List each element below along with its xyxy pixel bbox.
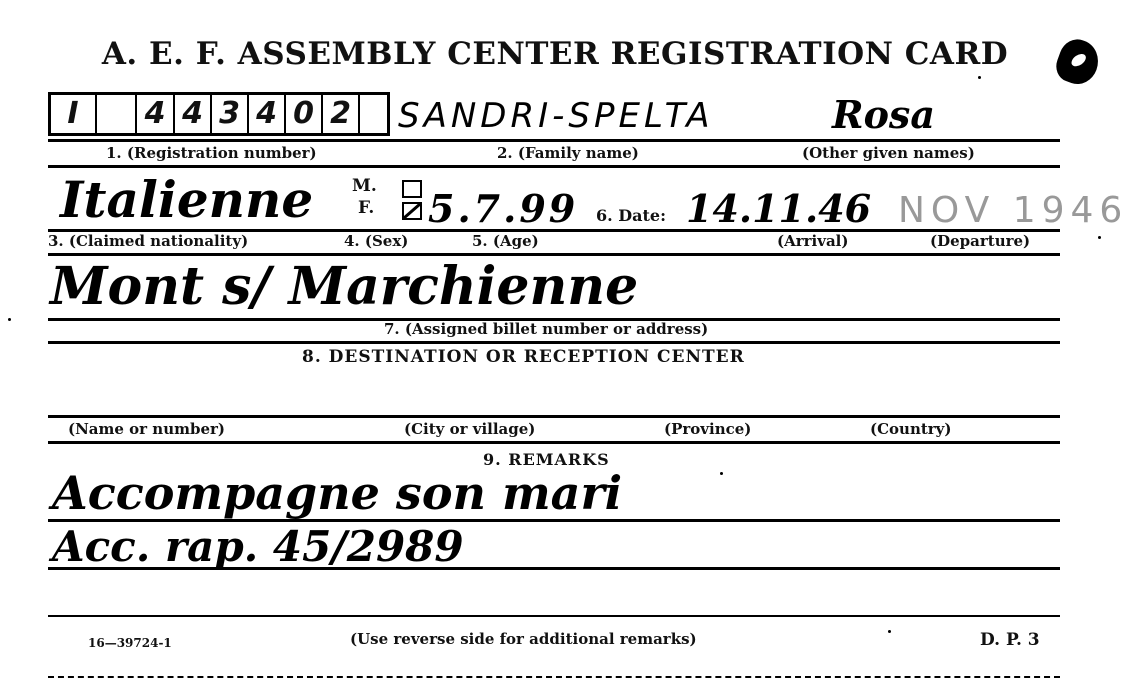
form-number: 16—39724-1 [88, 636, 172, 650]
sex-f-checkbox[interactable] [402, 202, 422, 220]
speck [888, 630, 891, 633]
reg-digit: 0 [286, 95, 323, 133]
reg-digit [97, 95, 137, 133]
reg-digit: 2 [323, 95, 360, 133]
destination-country-label: (Country) [870, 420, 952, 438]
reg-digit: I [51, 95, 97, 133]
sex-option-m-label: M. [352, 176, 377, 196]
sex-option-f-label: F. [358, 198, 374, 218]
destination-province-label: (Province) [664, 420, 751, 438]
registration-number-boxes: I 4 4 3 4 0 2 [48, 92, 390, 136]
nationality-value: Italienne [60, 170, 313, 229]
rule [48, 441, 1060, 444]
reg-digit: 3 [212, 95, 249, 133]
rule [48, 139, 1060, 142]
registration-number-label: 1. (Registration number) [106, 144, 317, 162]
rule [48, 165, 1060, 168]
family-name-value: SANDRI-SPELTA [398, 96, 713, 136]
billet-value: Mont s/ Marchienne [50, 256, 638, 317]
nationality-label: 3. (Claimed nationality) [48, 232, 248, 250]
given-names-value: Rosa [832, 92, 935, 137]
rule [48, 567, 1060, 570]
arrival-date-value: 14.11.46 [686, 186, 871, 231]
date-label: 6. Date: [596, 206, 666, 225]
rule [48, 415, 1060, 418]
speck [8, 318, 11, 321]
speck [978, 76, 981, 79]
footer-note: (Use reverse side for additional remarks… [350, 630, 697, 648]
reg-digit: 4 [249, 95, 286, 133]
speck [1098, 236, 1101, 239]
remarks-line-1: Accompagne son mari [52, 466, 622, 520]
departure-label: (Departure) [930, 232, 1030, 250]
departure-date-stamp: NOV 1946 [898, 190, 1128, 231]
card-title: A. E. F. ASSEMBLY CENTER REGISTRATION CA… [0, 36, 1110, 72]
form-code: D. P. 3 [980, 630, 1040, 650]
speck [720, 472, 723, 475]
destination-name-label: (Name or number) [68, 420, 225, 438]
age-label: 5. (Age) [472, 232, 539, 250]
remarks-line-2: Acc. rap. 45/2989 [52, 522, 464, 571]
reg-digit: 4 [175, 95, 212, 133]
destination-heading: 8. DESTINATION OR RECEPTION CENTER [302, 347, 745, 367]
family-name-label: 2. (Family name) [497, 144, 639, 162]
reg-digit [360, 95, 387, 133]
given-names-label: (Other given names) [802, 144, 975, 162]
destination-city-label: (City or village) [404, 420, 535, 438]
sex-label: 4. (Sex) [344, 232, 408, 250]
bottom-edge-rule [48, 676, 1060, 680]
billet-label: 7. (Assigned billet number or address) [384, 320, 708, 338]
arrival-label: (Arrival) [777, 232, 848, 250]
checkmark-icon [404, 204, 420, 218]
rule [48, 341, 1060, 344]
rule [48, 615, 1060, 617]
sex-m-checkbox[interactable] [402, 180, 422, 198]
reg-digit: 4 [137, 95, 175, 133]
age-value: 5.7.99 [428, 186, 578, 231]
